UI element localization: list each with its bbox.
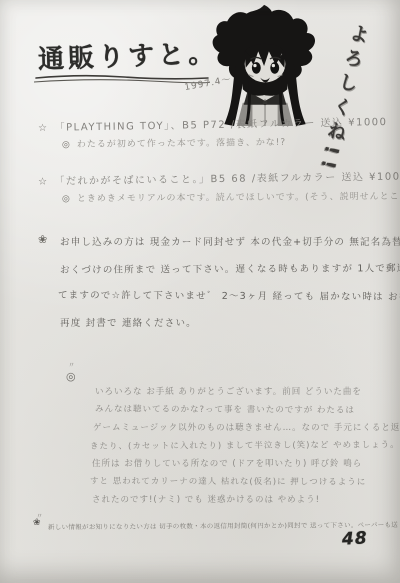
letter-note-line: 住所は お借りしている所なので (ドアを叩いたり) 呼び鈴 鳴ら [92, 457, 362, 469]
bow-knot [263, 100, 268, 105]
item-2-note-text: ときめきメモリアルの本です。読んでほしいです。(そう、説明せんとこか!?) [77, 192, 400, 204]
star-doodle-icon: ☆ [38, 176, 49, 187]
flower-doodle-icon: ❀ [38, 233, 47, 246]
item-1-spec: 、B5 P72 /表紙フルカラー 送込 ¥1000 [170, 117, 387, 132]
star-doodle-icon: ☆ [38, 123, 49, 134]
flower-doodle-icon: ❀ [33, 518, 41, 528]
left-eye [252, 62, 261, 74]
item-2-spec: B5 68 /表紙フルカラー 送込 ¥1000 [210, 171, 400, 185]
double-circle-icon: ◎ [62, 194, 71, 204]
catalog-item-2: ☆「だれかがそばにいること。」B5 68 /表紙フルカラー 送込 ¥1000 [38, 167, 400, 187]
double-circle-icon: ◎ [62, 140, 71, 150]
right-eye [270, 62, 279, 74]
ordering-note-line: てますので☆許して下さいませ゛ 2〜3ヶ月 経っても 届かない時は お手数ですが [58, 287, 400, 303]
item-1-title: 「PLAYTHING TOY」 [54, 121, 170, 134]
ditto-tick: 〃 [68, 360, 75, 370]
right-eye-highlight [272, 64, 275, 67]
left-eye-highlight [253, 64, 256, 67]
item-2-title: 「だれかがそばにいること。」 [54, 174, 210, 187]
letter-note-line: きたり、(カセットに入れたり) まして半泣きし(笑)など やめましょう。 [90, 438, 400, 452]
catalog-item-1-note: ◎わたるが初めて作った本です。落描き、かな!? [62, 135, 286, 150]
letter-note-line: されたのです!(ナミ) でも 迷惑かけるのは やめよう! [92, 493, 320, 505]
manga-girl-illustration [206, 2, 326, 128]
ordering-note-line: おくづけの住所まで 送って下さい。遅くなる時もありますが 1人で郵送、 [60, 260, 400, 276]
ordering-note-line: 再度 封書で 連絡ください。 [60, 315, 197, 329]
item-1-note-text: わたるが初めて作った本です。落描き、かな!? [77, 138, 286, 150]
letter-note-line: ゲームミュージック以外のものは聴きません…。なので 手元にくると返し [93, 421, 400, 433]
double-circle-icon: ◎ [66, 370, 76, 383]
catalog-item-2-note: ◎ときめきメモリアルの本です。読んでほしいです。(そう、説明せんとこか!?) [62, 189, 400, 205]
page-title: 通販りすと。 [37, 33, 218, 76]
letter-note-line: いろいろな お手紙 ありがとうございます。前回 どういた曲を [95, 385, 362, 397]
letter-note-line: みんなは聴いてるのかな?って事を 書いたのですが わたるは [95, 402, 355, 415]
ordering-note-line: お申し込みの方は 現金カード同封せず 本の代金+切手分の 無記名為替を [60, 234, 400, 248]
page-number: 48 [341, 528, 368, 549]
letter-note-line: すと 思われてカリーナの達人 枯れな(仮名)に 押しつけるように [90, 475, 366, 488]
scanned-doujinshi-page: 通販りすと。 1997.4〜 [0, 0, 400, 583]
